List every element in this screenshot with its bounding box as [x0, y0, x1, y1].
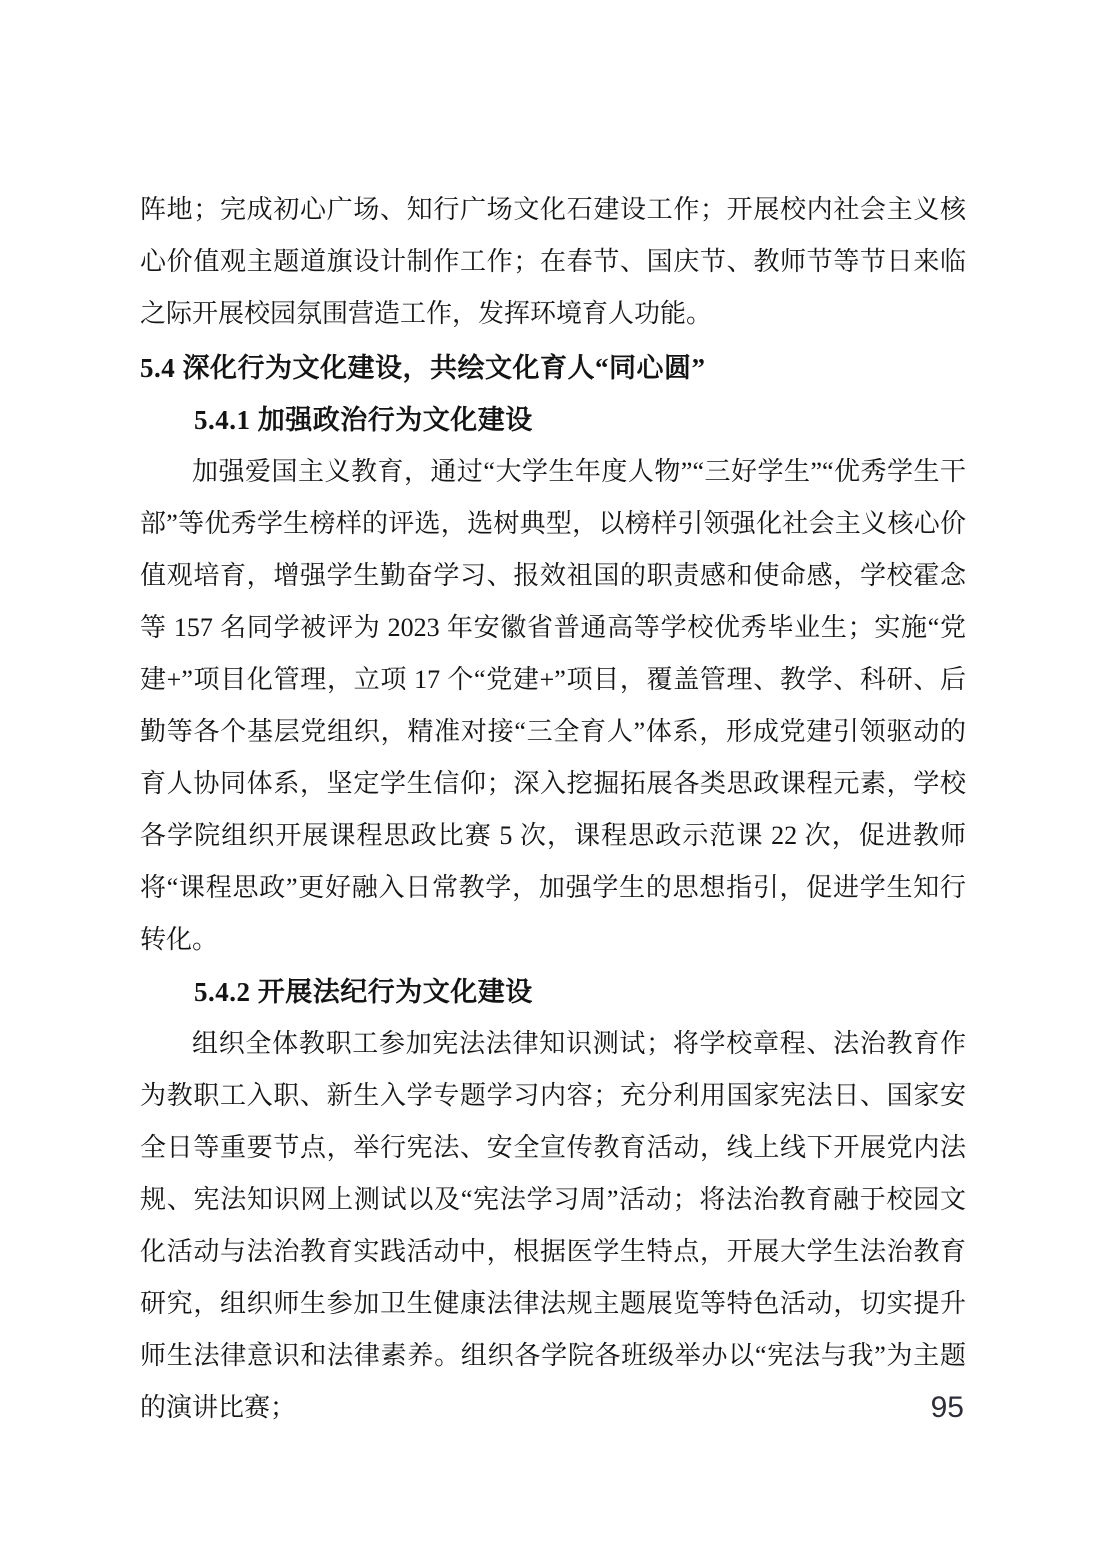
section-heading-5-4: 5.4 深化行为文化建设，共绘文化育人“同心圆”: [140, 342, 966, 394]
paragraph-5-4-2: 组织全体教职工参加宪法法律知识测试；将学校章程、法治教育作为教职工入职、新生入学…: [140, 1018, 966, 1434]
paragraph-5-4-1: 加强爱国主义教育，通过“大学生年度人物”“三好学生”“优秀学生干部”等优秀学生榜…: [140, 446, 966, 966]
document-page: 阵地；完成初心广场、知行广场文化石建设工作；开展校内社会主义核心价值观主题道旗设…: [0, 0, 1102, 1559]
page-body: 阵地；完成初心广场、知行广场文化石建设工作；开展校内社会主义核心价值观主题道旗设…: [140, 184, 966, 1434]
paragraph-continuation: 阵地；完成初心广场、知行广场文化石建设工作；开展校内社会主义核心价值观主题道旗设…: [140, 184, 966, 340]
page-number: 95: [931, 1390, 964, 1426]
subsection-heading-5-4-1: 5.4.1 加强政治行为文化建设: [140, 394, 966, 446]
subsection-heading-5-4-2: 5.4.2 开展法纪行为文化建设: [140, 966, 966, 1018]
